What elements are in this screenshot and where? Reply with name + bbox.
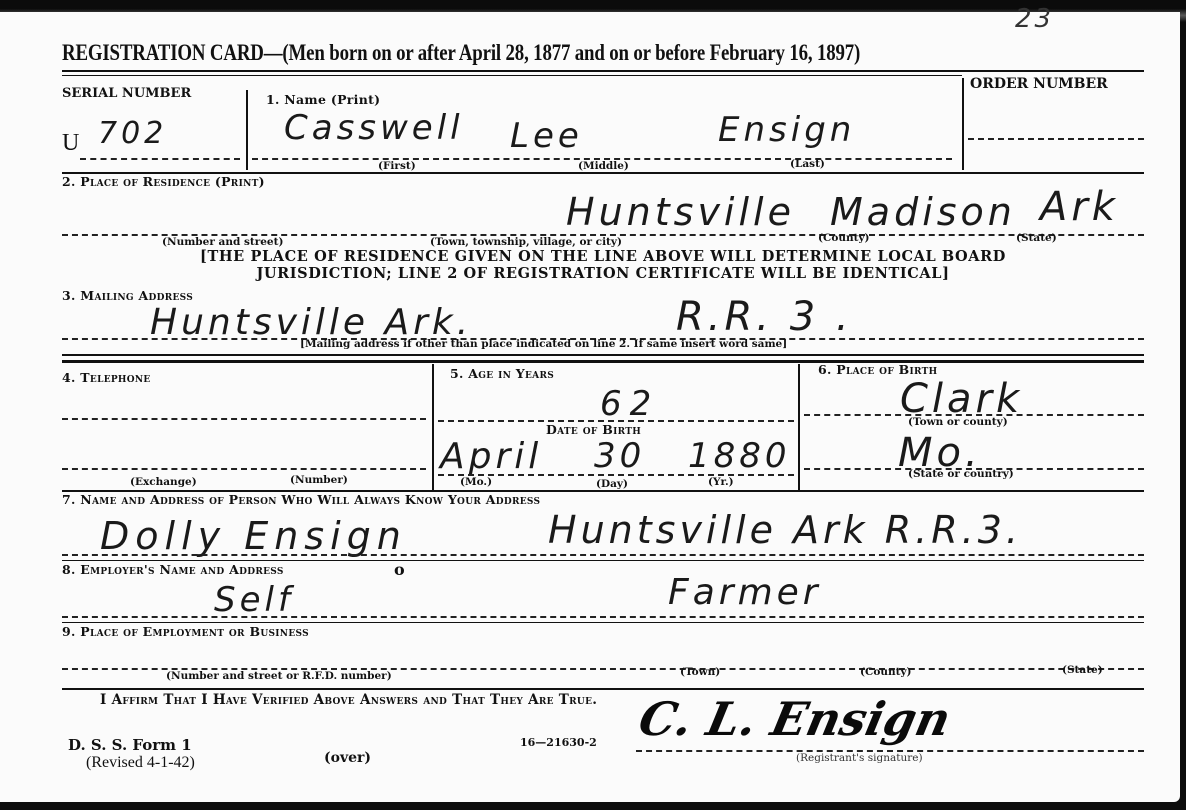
registration-card: 23 REGISTRATION CARD—(Men born on or aft… — [0, 12, 1180, 802]
name-label-text: 1. Name (Print) — [266, 92, 380, 107]
mailing-sublabel: [Mailing address if other than place ind… — [300, 338, 787, 350]
middle-name-value[interactable]: Lee — [510, 116, 583, 156]
birth-town-sublabel: (Town or county) — [908, 416, 1008, 428]
birth-month-value[interactable]: April — [440, 436, 542, 477]
employment-street-sublabel: (Number and street or R.F.D. number) — [166, 670, 392, 682]
residence-notice: [THE PLACE OF RESIDENCE GIVEN ON THE LIN… — [62, 248, 1144, 282]
rule — [62, 560, 1144, 561]
employer-address-value[interactable]: Farmer — [668, 572, 822, 613]
month-sublabel: (Mo.) — [460, 476, 492, 488]
telephone-exchange-line[interactable] — [62, 418, 426, 420]
age-value[interactable]: 62 — [600, 384, 659, 424]
day-sublabel: (Day) — [596, 478, 628, 490]
signature-sublabel: (Registrant's signature) — [796, 752, 923, 764]
employment-state-sublabel: (State) — [1062, 664, 1103, 676]
name-label: 1. Name (Print) — [266, 92, 380, 107]
order-number-label: ORDER NUMBER — [970, 76, 1108, 92]
town-sublabel: (Town, township, village, or city) — [430, 236, 622, 248]
notice-line-2: JURISDICTION; LINE 2 OF REGISTRATION CER… — [62, 265, 1144, 282]
serial-prefix: U — [62, 130, 79, 157]
middle-sublabel: (Middle) — [578, 160, 629, 172]
card-title: REGISTRATION CARD—(Men born on or after … — [62, 40, 860, 66]
telephone-label: 4. Telephone — [62, 370, 151, 385]
over-note: (over) — [324, 750, 371, 766]
form-name: D. S. S. Form 1 — [68, 736, 192, 754]
employer-name-value[interactable]: Self — [214, 580, 294, 620]
field-line — [62, 616, 1144, 618]
employment-town-sublabel: (Town) — [680, 666, 720, 678]
residence-county-value[interactable]: Madison — [830, 190, 1016, 234]
place-of-birth-label: 6. Place of Birth — [818, 362, 937, 377]
year-sublabel: (Yr.) — [708, 476, 734, 488]
date-of-birth-label: Date of Birth — [546, 422, 641, 437]
employment-county-sublabel: (County) — [860, 666, 912, 678]
last-sublabel: (Last) — [790, 158, 825, 170]
mailing-address-value-2[interactable]: R.R. 3 . — [676, 294, 853, 340]
field-line — [80, 158, 240, 160]
serial-number-value[interactable]: 702 — [98, 116, 167, 151]
age-label: 5. Age in Years — [450, 366, 554, 381]
rule — [62, 688, 1144, 690]
divider — [798, 364, 800, 490]
affirmation-text: I Affirm That I Have Verified Above Answ… — [100, 692, 597, 708]
last-name-value[interactable]: Ensign — [718, 110, 855, 150]
rule — [62, 75, 962, 76]
residence-label: 2. Place of Residence (Print) — [62, 174, 265, 189]
divider — [246, 90, 248, 170]
telephone-number-line[interactable] — [62, 468, 426, 470]
number-sublabel: (Number) — [290, 474, 348, 486]
serial-number-label: SERIAL NUMBER — [62, 86, 191, 101]
first-name-value[interactable]: Casswell — [284, 108, 464, 148]
birth-year-value[interactable]: 1880 — [688, 436, 791, 476]
rule — [62, 622, 1144, 623]
residence-state-value[interactable]: Ark — [1040, 184, 1119, 230]
contact-name-value[interactable]: Dolly Ensign — [100, 514, 407, 558]
rule — [62, 360, 1144, 363]
page-number-annotation: 23 — [1015, 4, 1054, 34]
divider — [432, 364, 434, 490]
residence-town-value[interactable]: Huntsville — [566, 190, 795, 234]
county-sublabel: (County) — [818, 232, 870, 244]
contact-address-value[interactable]: Huntsville Ark R.R.3. — [548, 508, 1022, 552]
form-revised: (Revised 4-1-42) — [86, 754, 195, 772]
registrant-signature[interactable]: C. L. Ensign — [634, 692, 955, 746]
birth-state-sublabel: (State or country) — [908, 468, 1014, 480]
mailing-address-label: 3. Mailing Address — [62, 288, 193, 303]
state-sublabel: (State) — [1016, 232, 1057, 244]
field-line — [62, 554, 1144, 556]
order-number-line[interactable] — [968, 138, 1144, 140]
employer-mark: o — [394, 560, 405, 579]
employer-label: 8. Employer's Name and Address — [62, 562, 284, 577]
rule — [62, 70, 1144, 72]
exchange-sublabel: (Exchange) — [130, 476, 197, 488]
contact-person-label: 7. Name and Address of Person Who Will A… — [62, 492, 540, 507]
notice-line-1: [THE PLACE OF RESIDENCE GIVEN ON THE LIN… — [62, 248, 1144, 265]
place-of-employment-label: 9. Place of Employment or Business — [62, 624, 309, 639]
rule — [62, 354, 1144, 356]
first-sublabel: (First) — [378, 160, 416, 172]
street-sublabel: (Number and street) — [162, 236, 283, 248]
mailing-address-value-1[interactable]: Huntsville Ark. — [150, 302, 472, 343]
divider — [962, 78, 964, 170]
birth-day-value[interactable]: 30 — [594, 436, 645, 476]
print-code: 16—21630-2 — [520, 736, 597, 749]
